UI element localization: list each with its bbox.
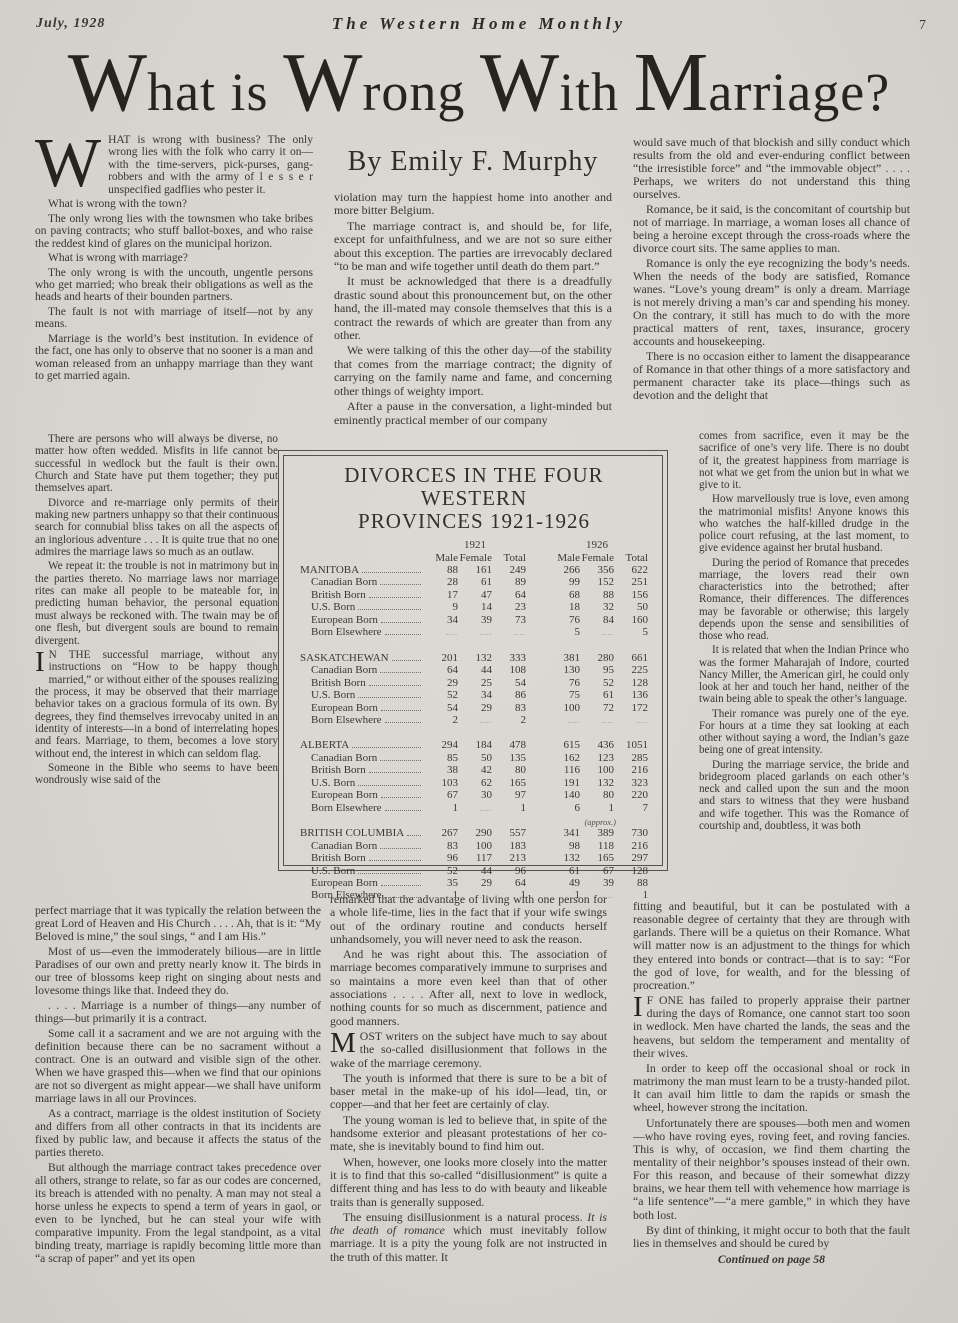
magazine-title: The Western Home Monthly — [0, 14, 958, 34]
table-cell: 156 — [614, 589, 648, 601]
table-cell: 95 — [580, 664, 614, 676]
row-label: U.S. Born — [300, 777, 424, 789]
paragraph: There is no occasion either to lament th… — [633, 350, 910, 402]
table-cell: 61 — [546, 865, 580, 877]
table-cell: 294 — [424, 739, 458, 751]
table-cell: 297 — [614, 852, 648, 864]
table-cell: .... — [580, 890, 614, 902]
table-cell: 39 — [580, 877, 614, 889]
dotted-leader — [380, 760, 421, 761]
table-cell: .... — [458, 627, 492, 639]
table-cell: 44 — [458, 664, 492, 676]
table-cell: 285 — [614, 752, 648, 764]
table-cell: 108 — [492, 664, 526, 676]
table-row: British Born384280116100216 — [300, 764, 648, 776]
table-cell: 75 — [546, 689, 580, 701]
column-right-indented: comes from sacrifice, even it may be the… — [699, 430, 909, 900]
row-label: European Born — [300, 702, 424, 714]
col-female-1921: Female — [458, 552, 492, 565]
paragraph: The only wrong lies with the townsmen wh… — [35, 213, 313, 250]
title-cap: W — [283, 36, 362, 129]
table-cell: 47 — [458, 589, 492, 601]
table-cell: 1 — [614, 889, 648, 901]
column-middle-top: violation may turn the happiest home int… — [334, 191, 612, 429]
paragraph: How marvellously true is love, even amon… — [699, 493, 909, 554]
paragraph: perfect marriage that it was typically t… — [35, 904, 321, 943]
table-cell: .... — [492, 627, 526, 639]
dotted-leader — [381, 885, 421, 886]
dotted-leader — [407, 835, 421, 836]
table-row: British Born96117213132165297 — [300, 852, 648, 864]
table-cell: 96 — [424, 852, 458, 864]
table-cell: 62 — [458, 777, 492, 789]
table-title-line1: DIVORCES IN THE FOUR WESTERN — [300, 464, 648, 510]
row-label: Born Elsewhere — [300, 889, 424, 901]
table-row: Canadian Born8310018398118216 — [300, 840, 648, 852]
table-cell: 216 — [614, 840, 648, 852]
dotted-leader — [352, 747, 421, 748]
byline: By Emily F. Murphy — [330, 146, 616, 178]
table-cell: 25 — [458, 677, 492, 689]
drop-cap: I — [633, 994, 647, 1019]
table-row: European Born54298310072172 — [300, 702, 648, 714]
table-cell: 152 — [580, 576, 614, 588]
col-female-1926: Female — [580, 552, 614, 565]
table-cell: 132 — [458, 652, 492, 664]
dotted-leader — [358, 785, 421, 786]
row-label: Canadian Born — [300, 664, 424, 676]
dotted-leader — [385, 634, 421, 635]
paragraph: And he was right about this. The associa… — [330, 948, 607, 1028]
table-cell: 61 — [580, 689, 614, 701]
table-cell: 478 — [492, 739, 526, 751]
table-row: SASKATCHEWAN201132333381280661 — [300, 652, 648, 664]
table-cell: 98 — [546, 840, 580, 852]
table-cell: 1 — [424, 802, 458, 814]
table-cell: 132 — [580, 777, 614, 789]
col-male-1921: Male — [424, 552, 458, 565]
row-label: BRITISH COLUMBIA — [300, 827, 424, 839]
table-group-gap — [300, 640, 648, 652]
table-cell: 85 — [424, 752, 458, 764]
column-left-middle: There are persons who will always be div… — [35, 433, 278, 903]
col-total-1921: Total — [492, 552, 526, 565]
paragraph: The marriage contract is, and should be,… — [334, 220, 612, 274]
divorce-table: DIVORCES IN THE FOUR WESTERN PROVINCES 1… — [278, 450, 668, 871]
paragraph: The fault is not with marriage of itself… — [35, 306, 313, 331]
table-cell: 52 — [580, 677, 614, 689]
paragraph: As a contract, marriage is the oldest in… — [35, 1107, 321, 1159]
paragraph: Some call it a sacrament and we are not … — [35, 1027, 321, 1105]
table-cell: 9 — [424, 601, 458, 613]
table-cell: 73 — [492, 614, 526, 626]
table-cell: 730 — [614, 827, 648, 839]
table-cell: 99 — [546, 576, 580, 588]
table-cell: 225 — [614, 664, 648, 676]
paragraph: The young woman is led to believe that, … — [330, 1114, 607, 1154]
paragraph: When, however, one looks more closely in… — [330, 1156, 607, 1209]
paragraph: Romance, be it said, is the concomitant … — [633, 203, 910, 255]
paragraph: . . . . Marriage is a number of things—a… — [35, 999, 321, 1025]
row-label: British Born — [300, 589, 424, 601]
table-cell: 64 — [492, 877, 526, 889]
paragraph: Unfortunately there are spouses—both men… — [633, 1117, 910, 1222]
row-label: U.S. Born — [300, 689, 424, 701]
table-cell: 83 — [424, 840, 458, 852]
table-cell: 5 — [546, 626, 580, 638]
table-cell: 290 — [458, 827, 492, 839]
paragraph: There are persons who will always be div… — [35, 433, 278, 495]
table-row: European Born67309714080220 — [300, 789, 648, 801]
table-cell: 68 — [546, 589, 580, 601]
paragraph: comes from sacrifice, even it may be the… — [699, 430, 909, 491]
paragraph: WHAT is wrong with business? The only wr… — [35, 134, 313, 196]
table-cell: 267 — [424, 827, 458, 839]
row-label: British Born — [300, 764, 424, 776]
table-cell: 251 — [614, 576, 648, 588]
table-cell: 280 — [580, 652, 614, 664]
table-cell: .... — [580, 715, 614, 727]
table-cell: 80 — [492, 764, 526, 776]
table-cell: .... — [614, 715, 648, 727]
table-cell: 88 — [424, 564, 458, 576]
article-title: What is Wrong With Marriage? — [0, 38, 958, 137]
table-cell: 50 — [614, 601, 648, 613]
table-cell: 661 — [614, 652, 648, 664]
row-label: Canadian Born — [300, 752, 424, 764]
table-cell: 67 — [424, 789, 458, 801]
table-row: British Born2925547652128 — [300, 677, 648, 689]
row-label: European Born — [300, 789, 424, 801]
table-row: Born Elsewhere2....2............ — [300, 714, 648, 727]
table-row: U.S. Born91423183250 — [300, 601, 648, 613]
table-cell: 88 — [614, 877, 648, 889]
table-cell: 49 — [546, 877, 580, 889]
dotted-leader — [369, 597, 421, 598]
table-cell: 165 — [492, 777, 526, 789]
table-cell: 14 — [458, 601, 492, 613]
table-cell: 34 — [424, 614, 458, 626]
table-row: Canadian Born28618999152251 — [300, 576, 648, 588]
dotted-leader — [369, 860, 421, 861]
table-row: Born Elsewhere1....11....1 — [300, 889, 648, 902]
row-label: British Born — [300, 677, 424, 689]
paragraph: During the period of Romance that preced… — [699, 557, 909, 643]
table-cell: 103 — [424, 777, 458, 789]
table-row: U.S. Born5234867561136 — [300, 689, 648, 701]
year-1921: 1921 — [424, 539, 526, 552]
table-cell: 123 — [580, 752, 614, 764]
table-cell: 160 — [614, 614, 648, 626]
table-cell: 216 — [614, 764, 648, 776]
dotted-leader — [358, 609, 421, 610]
table-cell: 132 — [546, 852, 580, 864]
table-cell: 436 — [580, 739, 614, 751]
dotted-leader — [385, 897, 421, 898]
paragraph: The ensuing disillusionment is a natural… — [330, 1211, 607, 1264]
col-male-1926: Male — [546, 552, 580, 565]
table-group-gap — [300, 727, 648, 739]
row-label: Born Elsewhere — [300, 802, 424, 814]
table-cell: .... — [458, 715, 492, 727]
dotted-leader — [369, 685, 421, 686]
dotted-leader — [381, 797, 421, 798]
column-left-top: WHAT is wrong with business? The only wr… — [35, 134, 313, 385]
paragraph: IN THE successful marriage, without any … — [35, 649, 278, 760]
magazine-page: July, 1928 The Western Home Monthly 7 Wh… — [0, 0, 958, 1323]
row-label: MANITOBA — [300, 564, 424, 576]
table-row: BRITISH COLUMBIA267290557341389730 — [300, 827, 648, 839]
table-cell: 201 — [424, 652, 458, 664]
table-cell: 1051 — [614, 739, 648, 751]
drop-cap: W — [35, 134, 108, 191]
dotted-leader — [358, 873, 421, 874]
column-middle-bottom: remarked that the advantage of living wi… — [330, 893, 607, 1323]
table-cell: 23 — [492, 601, 526, 613]
table-cell: .... — [580, 627, 614, 639]
dotted-leader — [385, 722, 421, 723]
table-cell: 96 — [492, 865, 526, 877]
table-cell: 34 — [458, 689, 492, 701]
table-cell: 72 — [580, 702, 614, 714]
table-cell: 220 — [614, 789, 648, 801]
paragraph: Marriage is the world’s best institution… — [35, 333, 313, 383]
paragraph: Romance is only the eye recognizing the … — [633, 257, 910, 348]
paragraph: IF ONE has failed to properly appraise t… — [633, 994, 910, 1060]
paragraph: The only wrong is with the uncouth, unge… — [35, 267, 313, 304]
table-cell: 29 — [458, 702, 492, 714]
table-cell: 116 — [546, 764, 580, 776]
table-cell: 6 — [546, 802, 580, 814]
table-cell: 128 — [614, 865, 648, 877]
table-cell: 52 — [424, 865, 458, 877]
table-row: European Born3439737684160 — [300, 614, 648, 626]
table-cell: 191 — [546, 777, 580, 789]
table-cell: 622 — [614, 564, 648, 576]
row-label: U.S. Born — [300, 601, 424, 613]
table-cell: 80 — [580, 789, 614, 801]
table-cell: 323 — [614, 777, 648, 789]
table-cell: 29 — [424, 677, 458, 689]
table-cell: .... — [546, 715, 580, 727]
paragraph: would save much of that blockish and sil… — [633, 136, 910, 201]
paragraph: What is wrong with marriage? — [35, 252, 313, 264]
table-row: Canadian Born8550135162123285 — [300, 752, 648, 764]
col-total-1926: Total — [614, 552, 648, 565]
table-cell: 76 — [546, 677, 580, 689]
table-cell: 136 — [614, 689, 648, 701]
table-column-header: Male Female Total Male Female Total — [300, 552, 648, 565]
table-cell: 28 — [424, 576, 458, 588]
table-cell: 557 — [492, 827, 526, 839]
dotted-leader — [380, 848, 421, 849]
table-row: European Born352964493988 — [300, 877, 648, 889]
title-word: hat is — [147, 62, 283, 122]
paragraph: We repeat it: the trouble is not in matr… — [35, 560, 278, 646]
table-cell: 83 — [492, 702, 526, 714]
table-group-gap: (approx.) — [300, 815, 648, 827]
paragraph: But although the marriage contract takes… — [35, 1161, 321, 1265]
title-cap: W — [480, 36, 559, 129]
paragraph: Continued on page 58 — [633, 1253, 910, 1266]
row-label: European Born — [300, 877, 424, 889]
title-cap: W — [68, 36, 147, 129]
table-row: MANITOBA88161249266356622 — [300, 564, 648, 576]
table-cell: 35 — [424, 877, 458, 889]
paragraph: What is wrong with the town? — [35, 198, 313, 210]
table-cell: 162 — [546, 752, 580, 764]
paragraph: After a pause in the conversation, a lig… — [334, 400, 612, 427]
table-cell: .... — [424, 627, 458, 639]
table-cell: 17 — [424, 589, 458, 601]
table-cell: 117 — [458, 852, 492, 864]
table-cell: 88 — [580, 589, 614, 601]
table-cell: 52 — [424, 689, 458, 701]
table-cell: 184 — [458, 739, 492, 751]
row-label: Born Elsewhere — [300, 626, 424, 638]
table-row: Canadian Born644410813095225 — [300, 664, 648, 676]
paragraph: We were talking of this the other day—of… — [334, 344, 612, 398]
table-cell: 165 — [580, 852, 614, 864]
table-row: ALBERTA2941844786154361051 — [300, 739, 648, 751]
paragraph: It must be acknowledged that there is a … — [334, 275, 612, 342]
dotted-leader — [380, 584, 421, 585]
divorce-table-inner: DIVORCES IN THE FOUR WESTERN PROVINCES 1… — [283, 455, 663, 866]
dotted-leader — [358, 697, 421, 698]
table-cell: 7 — [614, 802, 648, 814]
table-title-line2: PROVINCES 1921-1926 — [300, 510, 648, 533]
table-cell: 615 — [546, 739, 580, 751]
table-cell: 1 — [424, 889, 458, 901]
dotted-leader — [385, 810, 421, 811]
approx-note: (approx.) — [584, 817, 616, 827]
paragraph: The youth is informed that there is sure… — [330, 1072, 607, 1112]
table-cell: 172 — [614, 702, 648, 714]
paragraph: Divorce and re-marriage only permits of … — [35, 497, 278, 559]
row-label: Born Elsewhere — [300, 714, 424, 726]
row-label: ALBERTA — [300, 739, 424, 751]
table-row: Born Elsewhere............5....5 — [300, 626, 648, 639]
table-cell: 76 — [546, 614, 580, 626]
table-cell: .... — [458, 890, 492, 902]
table-row: Born Elsewhere1....1617 — [300, 802, 648, 815]
table-cell: 89 — [492, 576, 526, 588]
table-cell: 381 — [546, 652, 580, 664]
drop-cap: M — [330, 1030, 360, 1055]
table-cell: 249 — [492, 564, 526, 576]
table-row: U.S. Born5244966167128 — [300, 865, 648, 877]
table-cell: 100 — [580, 764, 614, 776]
row-label: Canadian Born — [300, 576, 424, 588]
dotted-leader — [369, 772, 421, 773]
paragraph: Someone in the Bible who seems to have b… — [35, 762, 278, 787]
table-cell: 97 — [492, 789, 526, 801]
year-1926: 1926 — [546, 539, 648, 552]
table-cell: 389 — [580, 827, 614, 839]
page-number: 7 — [919, 18, 926, 34]
table-cell: 64 — [424, 664, 458, 676]
paragraph: During the marriage service, the bride a… — [699, 759, 909, 833]
dotted-leader — [381, 710, 421, 711]
table-cell: 118 — [580, 840, 614, 852]
table-cell: 54 — [424, 702, 458, 714]
table-cell: 64 — [492, 589, 526, 601]
row-label: British Born — [300, 852, 424, 864]
table-cell: 1 — [546, 889, 580, 901]
paragraph: violation may turn the happiest home int… — [334, 191, 612, 218]
table-cell: 42 — [458, 764, 492, 776]
table-cell: 140 — [546, 789, 580, 801]
row-label: SASKATCHEWAN — [300, 652, 424, 664]
table-cell: 84 — [580, 614, 614, 626]
table-cell: 130 — [546, 664, 580, 676]
drop-cap: I — [35, 649, 49, 674]
table-row: British Born1747646888156 — [300, 589, 648, 601]
table-cell: 1 — [580, 802, 614, 814]
table-cell: 1 — [492, 802, 526, 814]
table-cell: 333 — [492, 652, 526, 664]
row-label: U.S. Born — [300, 865, 424, 877]
table-cell: 128 — [614, 677, 648, 689]
table-row: U.S. Born10362165191132323 — [300, 777, 648, 789]
table-cell: 183 — [492, 840, 526, 852]
table-cell: 2 — [492, 714, 526, 726]
table-cell: 100 — [458, 840, 492, 852]
row-label: Canadian Born — [300, 840, 424, 852]
table-cell: .... — [458, 803, 492, 815]
column-right-bottom: fitting and beautiful, but it can be pos… — [633, 900, 910, 1323]
column-right-top: would save much of that blockish and sil… — [633, 136, 910, 404]
table-cell: 213 — [492, 852, 526, 864]
row-label: European Born — [300, 614, 424, 626]
table-cell: 29 — [458, 877, 492, 889]
table-cell: 100 — [546, 702, 580, 714]
table-body: MANITOBA88161249266356622Canadian Born28… — [300, 564, 648, 903]
table-cell: 61 — [458, 576, 492, 588]
paragraph: In order to keep off the occasional shoa… — [633, 1062, 910, 1115]
paragraph: It is related that when the Indian Princ… — [699, 644, 909, 705]
table-cell: 266 — [546, 564, 580, 576]
table-cell: 32 — [580, 601, 614, 613]
title-word: rong — [362, 62, 479, 122]
table-cell: 30 — [458, 789, 492, 801]
table-cell: 18 — [546, 601, 580, 613]
table-year-header: 1921 1926 — [300, 539, 648, 552]
title-word: ith — [559, 62, 634, 122]
dotted-leader — [392, 660, 421, 661]
paragraph: Most of us—even the immoderately bilious… — [35, 945, 321, 997]
paragraph: By dint of thinking, it might occur to b… — [633, 1224, 910, 1250]
table-cell: 5 — [614, 626, 648, 638]
table-cell: 161 — [458, 564, 492, 576]
table-cell: 39 — [458, 614, 492, 626]
paragraph: Their romance was purely one of the eye.… — [699, 708, 909, 757]
table-cell: 38 — [424, 764, 458, 776]
table-cell: 1 — [492, 889, 526, 901]
paragraph: MOST writers on the subject have much to… — [330, 1030, 607, 1070]
table-cell: 86 — [492, 689, 526, 701]
title-word: arriage? — [708, 62, 890, 122]
table-cell: 135 — [492, 752, 526, 764]
table-cell: 2 — [424, 714, 458, 726]
title-cap: M — [634, 36, 709, 129]
dotted-leader — [381, 622, 421, 623]
table-cell: 356 — [580, 564, 614, 576]
column-left-bottom: perfect marriage that it was typically t… — [35, 904, 321, 1267]
table-cell: 341 — [546, 827, 580, 839]
paragraph: fitting and beautiful, but it can be pos… — [633, 900, 910, 992]
table-cell: 67 — [580, 865, 614, 877]
